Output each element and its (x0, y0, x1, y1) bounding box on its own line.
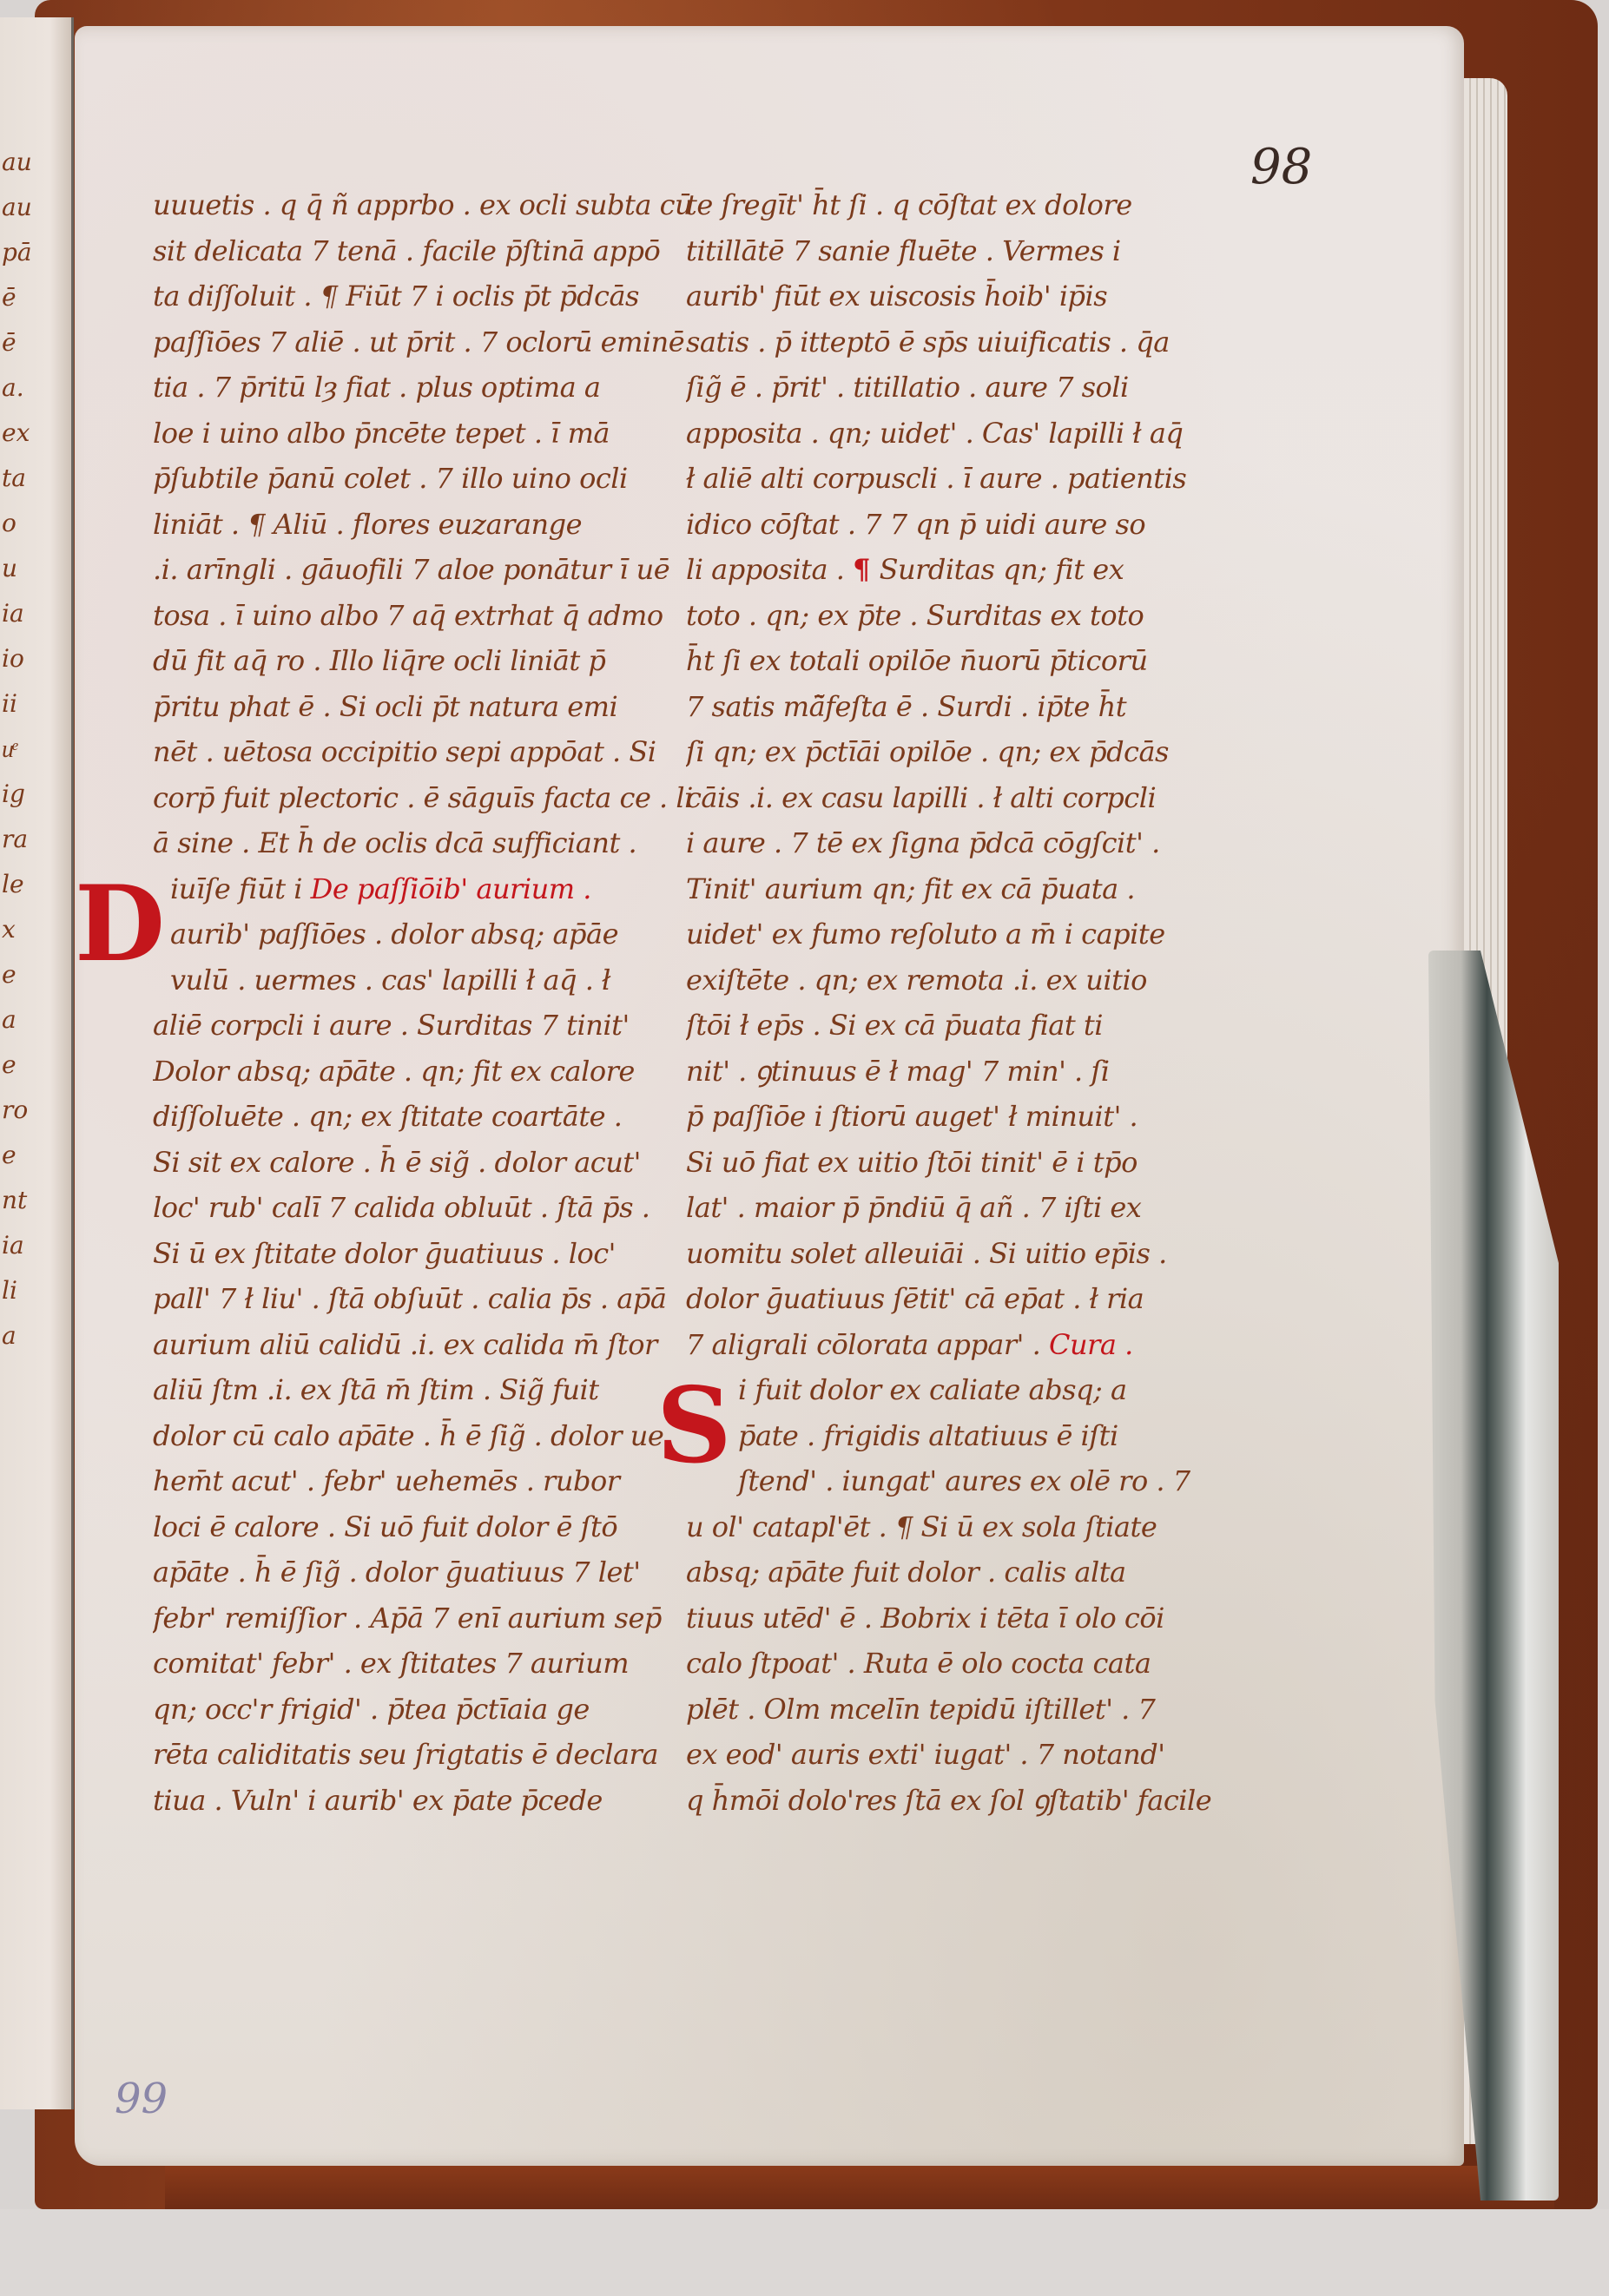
text-line: tia . 7 p̄ritū lȝ fiat . plus optima a (153, 365, 709, 411)
text-line: 7 satis mā̃feſta ē . Surdi . ip̄te h̄t (686, 684, 1242, 730)
text-line: ł aliē alti corpuscli . ī aure . patient… (686, 456, 1242, 502)
text-line: loe i uino albo p̄ncēte tepet . ī mā (153, 411, 709, 457)
text-line: dolor ḡuatiuus ſētit' cā ep̄at . ł ria (686, 1276, 1242, 1322)
text-column-left: uuuetis . q q̄ ñ apprbo . ex ocli subta … (153, 182, 709, 1823)
text-line: absq; ap̄āte fuit dolor . calis alta (686, 1549, 1242, 1595)
text-line: comitat' febr' . ex ſtitates 7 aurium (153, 1641, 709, 1687)
text-line: plēt . Olm mcelīn tepidū iſtillet' . 7 (686, 1687, 1242, 1733)
text-line: aliē corpcli i aure . Surditas 7 tinit' (153, 1003, 709, 1049)
text-line: idico cōſtat . 7 7 qn p̄ uidi aure so (686, 502, 1242, 548)
text-line: i aure . 7 tē ex ſigna p̄dcā cōgſcit' . (686, 820, 1242, 866)
text-line: dolor cū calo ap̄āte . h̄ ē ſig̃ . dolor… (153, 1413, 709, 1459)
text-line: tiua . Vuln' i aurib' ex p̄ate p̄cede (153, 1778, 709, 1824)
text-line: tiuus utēd' ē . Bobrix i tēta ī olo cōi (686, 1595, 1242, 1641)
text-line: Si uō fiat ex uitio ſtōi tinit' ē i tp̄o (686, 1140, 1242, 1186)
text-line: uomitu solet alleuiāi . Si uitio ep̄is . (686, 1231, 1242, 1277)
text-line: exiſtēte . qn; ex remota .i. ex uitio (686, 957, 1242, 1003)
facing-page-text-fragment: ta (2, 464, 26, 492)
text-line: p̄ paſſiōe i ſtiorū auget' ł minuit' . (686, 1094, 1242, 1140)
binding-bottom-edge (165, 2166, 1554, 2209)
facing-page-text-fragment: ia (2, 1231, 24, 1260)
text-line: liniāt . ¶ Aliū . flores euzarange (153, 502, 709, 548)
text-line: Si sit ex calore . h̄ ē sig̃ . dolor acu… (153, 1140, 709, 1186)
text-line: Dolor absq; ap̄āte . qn; fit ex calore (153, 1049, 709, 1095)
text-line: p̄ſubtile p̄anū colet . 7 illo uino ocli (153, 456, 709, 502)
text-line: loci ē calore . Si uō fuit dolor ē ſtō (153, 1504, 709, 1550)
text-line: diſſoluēte . qn; ex ſtitate coartāte . (153, 1094, 709, 1140)
facing-page-text-fragment: a (2, 1005, 16, 1034)
text-line: uuuetis . q q̄ ñ apprbo . ex ocli subta … (153, 182, 709, 228)
facing-page-text-fragment: u (2, 554, 17, 582)
facing-page-text-fragment: ē (2, 328, 16, 357)
text-line: nit' . ꝯtinuus ē ł mag' 7 min' . ſi (686, 1049, 1242, 1095)
facing-page-text-fragment: ia (2, 599, 24, 628)
text-line: nēt . uētosa occipitio sepi appōat . Si (153, 729, 709, 775)
facing-page-text-fragment: au (2, 193, 32, 221)
text-fragment: Surditas qn; fit ex (880, 553, 1124, 586)
facing-page-text-fragment: li (2, 1276, 17, 1305)
text-line: ta diſſoluit . ¶ Fiūt 7 i oclis p̄t p̄dc… (153, 273, 709, 319)
text-fragment: li apposita . (686, 553, 853, 586)
rubric-heading: De paſſiōib' aurium . (311, 872, 591, 905)
text-line: rēta caliditatis seu ſrigtatis ē declara (153, 1732, 709, 1778)
text-line: ſtend' . iungat' aures ex olē ro . 7 (686, 1458, 1242, 1504)
facing-page-text-fragment: ex (2, 418, 30, 447)
facing-page-text-fragment: ē (2, 283, 16, 312)
text-line: li apposita . ¶ Surditas qn; fit ex (686, 547, 1242, 593)
text-line: Si ū ex ſtitate dolor ḡuatiuus . loc' (153, 1231, 709, 1277)
text-line: u ol' catapl'ēt . ¶ Si ū ex sola ſtiate (686, 1504, 1242, 1550)
text-line: .i. arīngli . gāuofili 7 aloe ponātur ī … (153, 547, 709, 593)
text-line: te ſregīt' h̄t ſi . q cōſtat ex dolore (686, 182, 1242, 228)
decorated-initial-s: S (656, 1378, 732, 1474)
text-line: pall' 7 ł liu' . ſtā obſuūt . calia p̄s … (153, 1276, 709, 1322)
text-line: Tinit' aurium qn; fit ex cā p̄uata . (686, 866, 1242, 912)
facing-page-text-fragment: x (2, 915, 16, 944)
facing-page-text-fragment: a. (2, 373, 24, 402)
facing-page-text-fragment: io (2, 644, 24, 673)
text-line: p̄ate . frigidis altatiuus ē iſti (686, 1413, 1242, 1459)
folio-number-bottom: 99 (115, 2075, 168, 2123)
text-line: 7 aligrali cōlorata appar' . Cura . (686, 1322, 1242, 1368)
text-line: titillātē 7 sanie fluēte . Vermes i (686, 228, 1242, 274)
text-line: aliū ſtm .i. ex ſtā m̄ ſtim . Sig̃ fuit (153, 1367, 709, 1413)
facing-page-text-fragment: ro (2, 1095, 28, 1124)
text-line: sit delicata 7 tenā . facile p̄ſtinā app… (153, 228, 709, 274)
text-line: aurib' fiūt ex uiscosis h̄oib' ip̄is (686, 273, 1242, 319)
facing-page-text-fragment: e (2, 960, 16, 989)
text-line: dū fit aq̄ ro . Illo liq̄re ocli liniāt … (153, 638, 709, 684)
text-line: hem̄t acut' . febr' uehemēs . rubor (153, 1458, 709, 1504)
text-line: ſtōi ł ep̄s . Si ex cā p̄uata fiat ti (686, 1003, 1242, 1049)
facing-page-text-fragment: nt (2, 1186, 27, 1214)
facing-page-text-fragment: uͤ (2, 734, 14, 764)
text-line: h̄t ſi ex totali opilōe n̄uorū p̄ticorū (686, 638, 1242, 684)
text-line: ā sine . Et h̄ de oclis dcā sufficiant . (153, 820, 709, 866)
text-line: ſi qn; ex p̄ctīāi opilōe . qn; ex p̄dcās (686, 729, 1242, 775)
text-line: qn; occ'r frigid' . p̄tea p̄ctīaia ge (153, 1687, 709, 1733)
text-line: cāis .i. ex casu lapilli . ł alti corpcl… (686, 775, 1242, 821)
text-fragment: 7 aligrali cōlorata appar' . (686, 1328, 1049, 1361)
folio-number-top: 98 (1250, 139, 1312, 195)
text-line: p̄ritu phat ē . Si ocli p̄t natura emi (153, 684, 709, 730)
text-line: uidet' ex fumo reſoluto a m̄ i capite (686, 911, 1242, 957)
text-line: aurib' paſſiōes . dolor absq; ap̄āe (153, 911, 709, 957)
heading-prefix: iuīſe fiūt i (170, 872, 311, 905)
facing-page-text-fragment: e (2, 1141, 16, 1169)
text-line: ſig̃ ē . p̄rit' . titillatio . aure 7 so… (686, 365, 1242, 411)
text-line: satis . p̄ itteptō ē sp̄s uiuificatis . … (686, 319, 1242, 365)
text-line: corp̄ fuit plectoric . ē sāguīs facta ce… (153, 775, 709, 821)
text-line: loc' rub' calī 7 calida obluūt . ſtā p̄s… (153, 1185, 709, 1231)
text-line: toto . qn; ex p̄te . Surditas ex toto (686, 593, 1242, 639)
text-line: tosa . ī uino albo 7 aq̄ extrhat q̄ admo (153, 593, 709, 639)
text-line: i fuit dolor ex caliate absq; a (686, 1367, 1242, 1413)
facing-page-text-fragment: ra (2, 825, 28, 853)
facing-page-text-fragment: a (2, 1321, 16, 1350)
text-line: lat' . maior p̄ p̄ndiū q̄ añ . 7 iſti ex (686, 1185, 1242, 1231)
text-line: vulū . uermes . cas' lapilli ł aq̄ . ł (153, 957, 709, 1003)
rubric-cura: Cura . (1049, 1328, 1133, 1361)
facing-page-text-fragment: pā (2, 238, 32, 266)
facing-page-text-fragment: ig (2, 780, 25, 808)
facing-page-text-fragment: ii (2, 689, 17, 718)
text-line: calo ſtpoat' . Ruta ē olo cocta cata (686, 1641, 1242, 1687)
text-line: aurium aliū calidū .i. ex calida m̄ ſtor (153, 1322, 709, 1368)
text-line: ex eod' auris exti' iugat' . 7 notand' (686, 1732, 1242, 1778)
text-line: q h̄mōi dolo'res ſtā ex ſol ꝯſtatib' fac… (686, 1778, 1242, 1824)
facing-page-text-fragment: le (2, 870, 24, 898)
pilcrow-mark: ¶ (853, 553, 880, 586)
text-line: febr' remiſſior . Ap̄ā 7 enī aurium sep̄ (153, 1595, 709, 1641)
facing-page-text-fragment: e (2, 1050, 16, 1079)
facing-page-text-fragment: au (2, 148, 32, 176)
text-column-right: te ſregīt' h̄t ſi . q cōſtat ex doloreti… (686, 182, 1242, 1823)
facing-page-text-fragment: o (2, 509, 16, 537)
decorated-initial-d: D (75, 877, 165, 972)
text-line: paſſiōes 7 aliē . ut p̄rit . 7 oclorū em… (153, 319, 709, 365)
chapter-heading: iuīſe fiūt i De paſſiōib' aurium . (153, 866, 709, 912)
text-line: apposita . qn; uidet' . Cas' lapilli ł a… (686, 411, 1242, 457)
text-line: ap̄āte . h̄ ē ſig̃ . dolor ḡuatiuus 7 le… (153, 1549, 709, 1595)
facing-page-left: auaupāēēa.extaouiaioiiuͤigralexeaeroenti… (0, 17, 74, 2109)
background-surface (0, 2209, 1609, 2296)
